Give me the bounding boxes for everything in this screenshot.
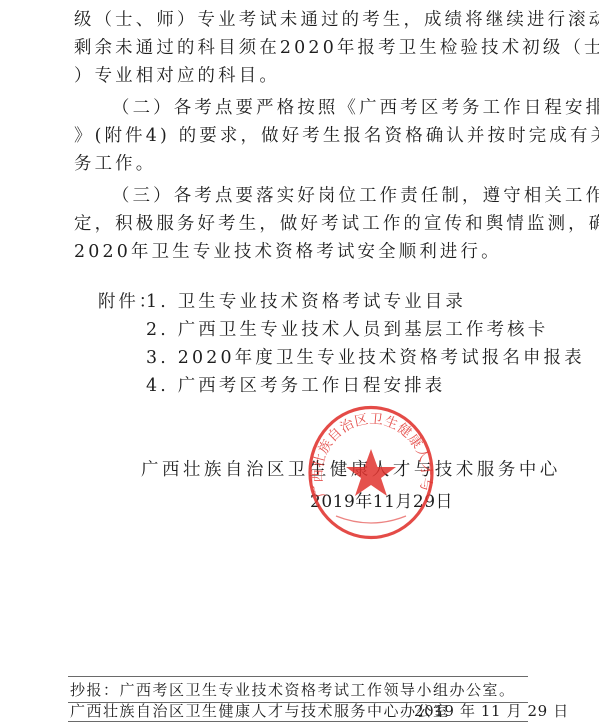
attachment-item-4: 4. 广西考区考务工作日程安排表 [146, 374, 445, 398]
attachment-item-3: 3. 2020年度卫生专业技术资格考试报名申报表 [146, 346, 585, 370]
seal-text: 广西壮族自治区卫生健康人才与技术服务中心 [306, 404, 435, 499]
body-line-4: （二）各考点要严格按照《广西考区考务工作日程安排表 [112, 96, 599, 120]
body-line-3: ）专业相对应的科目。 [74, 64, 280, 88]
footer-cc: 抄报：广西考区卫生专业技术资格考试工作领导小组办公室。 [70, 680, 516, 700]
svg-text:广西壮族自治区卫生健康人才与技术服务中心: 广西壮族自治区卫生健康人才与技术服务中心 [306, 404, 435, 499]
body-line-2: 剩余未通过的科目须在2020年报考卫生检验技术初级（士、师 [74, 36, 599, 60]
body-line-8: 定，积极服务好考生，做好考试工作的宣传和舆情监测，确保 [74, 212, 599, 236]
footer-issue-date: 2019 年 11 月 29 日 [414, 701, 569, 721]
body-line-6: 务工作。 [74, 152, 156, 176]
signing-organization: 广西壮族自治区卫生健康人才与技术服务中心 [141, 458, 561, 482]
body-line-5: 》(附件4) 的要求，做好考生报名资格确认并按时完成有关考 [74, 124, 599, 148]
body-line-9: 2020年卫生专业技术资格考试安全顺利进行。 [74, 240, 502, 264]
footer-divider-bottom [68, 721, 528, 722]
attachment-item-1: 1. 卫生专业技术资格考试专业目录 [146, 290, 466, 314]
body-line-1: 级（士、师）专业考试未通过的考生，成绩将继续进行滚动， [74, 8, 599, 32]
attachment-item-2: 2. 广西卫生专业技术人员到基层工作考核卡 [146, 318, 548, 342]
body-line-7: （三）各考点要落实好岗位工作责任制，遵守相关工作规 [112, 184, 599, 208]
footer-divider-top [68, 676, 528, 677]
signing-date: 2019年11月29日 [310, 490, 453, 514]
footer-issuer: 广西壮族自治区卫生健康人才与技术服务中心办公室 [70, 701, 450, 721]
